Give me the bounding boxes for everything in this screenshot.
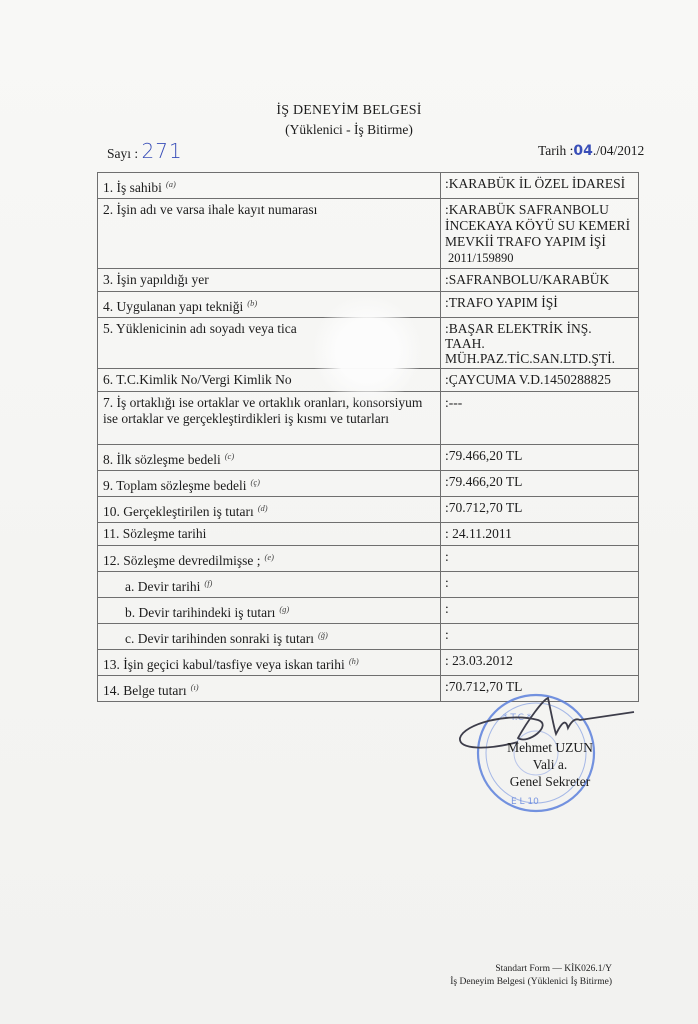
footer-form-code: Standart Form — KİK026.1/Y — [450, 963, 612, 976]
row-value: : — [445, 627, 633, 643]
footnote-marker: (c) — [225, 451, 234, 461]
experience-table: 1. İş sahibi(a):KARABÜK İL ÖZEL İDARESİ2… — [97, 172, 639, 702]
footnote-marker: (b) — [247, 298, 257, 308]
row-value-cell: : — [441, 624, 639, 650]
row-value-cell: :70.712,70 TL — [441, 497, 639, 523]
footnote-marker: (e) — [264, 552, 273, 562]
row-label-cell: 3. İşin yapıldığı yer — [98, 269, 441, 292]
tarih-label: Tarih : — [538, 143, 573, 158]
correction-smudge — [312, 296, 422, 406]
row-label: 12. Sözleşme devredilmişse ; — [103, 553, 260, 568]
row-label-cell: 9. Toplam sözleşme bedeli(ç) — [98, 471, 441, 497]
table-row: c. Devir tarihinden sonraki iş tutarı(ğ)… — [98, 624, 639, 650]
row-label-cell: 14. Belge tutarı(ı) — [98, 676, 441, 702]
row-value-cell: : 23.03.2012 — [441, 650, 639, 676]
row-value: : — [445, 549, 633, 565]
tarih-rest: ./04/2012 — [593, 143, 644, 158]
row-label: 5. Yüklenicinin adı soyadı veya tica — [103, 321, 297, 336]
table-row: 8. İlk sözleşme bedeli(c):79.466,20 TL — [98, 445, 639, 471]
row-value-cell: :BAŞAR ELEKTRİK İNŞ. TAAH. MÜH.PAZ.TİC.S… — [441, 318, 639, 369]
table-row: b. Devir tarihindeki iş tutarı(g): — [98, 598, 639, 624]
row-label-cell: a. Devir tarihi(f) — [98, 572, 441, 598]
document-page: İŞ DENEYİM BELGESİ (Yüklenici - İş Bitir… — [0, 0, 698, 1024]
row-value: : 24.11.2011 — [445, 526, 633, 542]
row-value: :KARABÜK İL ÖZEL İDARESİ — [445, 176, 633, 192]
footnote-marker: (ç) — [251, 477, 260, 487]
row-label-cell: 8. İlk sözleşme bedeli(c) — [98, 445, 441, 471]
row-label: 6. T.C.Kimlik No/Vergi Kimlik No — [103, 372, 292, 387]
row-value-cell: :TRAFO YAPIM İŞİ — [441, 292, 639, 318]
row-value: : 23.03.2012 — [445, 653, 633, 669]
footnote-marker: (ğ) — [318, 630, 328, 640]
footnote-marker: (d) — [258, 503, 268, 513]
row-label-cell: 13. İşin geçici kabul/tasfiye veya iskan… — [98, 650, 441, 676]
form-footer: Standart Form — KİK026.1/Y İş Deneyim Be… — [450, 963, 612, 989]
row-label: 3. İşin yapıldığı yer — [103, 272, 209, 287]
row-value-cell: :ÇAYCUMA V.D.1450288825 — [441, 369, 639, 392]
signatory-title-2: Genel Sekreter — [490, 773, 610, 790]
table-row: 2. İşin adı ve varsa ihale kayıt numaras… — [98, 199, 639, 269]
footer-form-name: İş Deneyim Belgesi (Yüklenici İş Bitirme… — [450, 976, 612, 989]
footnote-marker: (f) — [204, 578, 212, 588]
row-value: :SAFRANBOLU/KARABÜK — [445, 272, 633, 288]
sayi-field: Sayı : 271 — [107, 139, 183, 163]
table-row: 3. İşin yapıldığı yer:SAFRANBOLU/KARABÜK — [98, 269, 639, 292]
row-label-cell: b. Devir tarihindeki iş tutarı(g) — [98, 598, 441, 624]
row-value: :70.712,70 TL — [445, 500, 633, 516]
row-value: :BAŞAR ELEKTRİK İNŞ. TAAH. MÜH.PAZ.TİC.S… — [445, 321, 633, 366]
row-value-cell: :--- — [441, 392, 639, 445]
row-label: 4. Uygulanan yapı tekniği — [103, 299, 243, 314]
table-row: a. Devir tarihi(f): — [98, 572, 639, 598]
row-value-cell: :KARABÜK SAFRANBOLU İNCEKAYA KÖYÜ SU KEM… — [441, 199, 639, 269]
row-value: : — [445, 575, 633, 591]
row-label: 11. Sözleşme tarihi — [103, 526, 206, 541]
row-value-cell: :SAFRANBOLU/KARABÜK — [441, 269, 639, 292]
row-value: :TRAFO YAPIM İŞİ — [445, 295, 633, 311]
row-label: b. Devir tarihindeki iş tutarı — [125, 605, 275, 620]
row-label-cell: c. Devir tarihinden sonraki iş tutarı(ğ) — [98, 624, 441, 650]
row-label: 9. Toplam sözleşme bedeli — [103, 478, 247, 493]
table-row: 13. İşin geçici kabul/tasfiye veya iskan… — [98, 650, 639, 676]
row-label: 14. Belge tutarı — [103, 683, 187, 698]
row-label-cell: 12. Sözleşme devredilmişse ;(e) — [98, 546, 441, 572]
signatory-name: Mehmet UZUN — [490, 739, 610, 756]
row-value-cell: : — [441, 546, 639, 572]
footnote-marker: (g) — [279, 604, 289, 614]
row-label: 8. İlk sözleşme bedeli — [103, 452, 221, 467]
svg-text:E L 10: E L 10 — [511, 797, 539, 807]
row-value-cell: :79.466,20 TL — [441, 471, 639, 497]
tarih-field: Tarih :04./04/2012 — [538, 143, 644, 159]
row-value: : — [445, 601, 633, 617]
document-subtitle: (Yüklenici - İş Bitirme) — [0, 122, 698, 138]
row-label: 2. İşin adı ve varsa ihale kayıt numaras… — [103, 202, 317, 217]
row-label: c. Devir tarihinden sonraki iş tutarı — [125, 631, 314, 646]
table-row: 1. İş sahibi(a):KARABÜK İL ÖZEL İDARESİ — [98, 173, 639, 199]
row-label: 1. İş sahibi — [103, 180, 162, 195]
table-row: 10. Gerçekleştirilen iş tutarı(d):70.712… — [98, 497, 639, 523]
row-value-secondary: 2011/159890 — [445, 250, 633, 266]
row-value-cell: :79.466,20 TL — [441, 445, 639, 471]
row-value-cell: :KARABÜK İL ÖZEL İDARESİ — [441, 173, 639, 199]
footnote-marker: (h) — [349, 656, 359, 666]
row-label: a. Devir tarihi — [125, 579, 200, 594]
row-value: :79.466,20 TL — [445, 448, 633, 464]
sayi-value-handwritten: 271 — [142, 139, 183, 163]
row-value: :KARABÜK SAFRANBOLU İNCEKAYA KÖYÜ SU KEM… — [445, 202, 633, 250]
row-label-cell: 2. İşin adı ve varsa ihale kayıt numaras… — [98, 199, 441, 269]
table-row: 11. Sözleşme tarihi: 24.11.2011 — [98, 523, 639, 546]
signatory-title-1: Vali a. — [490, 756, 610, 773]
row-value-cell: : — [441, 572, 639, 598]
row-label: 13. İşin geçici kabul/tasfiye veya iskan… — [103, 657, 345, 672]
table-row: 12. Sözleşme devredilmişse ;(e): — [98, 546, 639, 572]
row-value: :--- — [445, 395, 633, 411]
document-title: İŞ DENEYİM BELGESİ — [0, 103, 698, 119]
table-row: 9. Toplam sözleşme bedeli(ç):79.466,20 T… — [98, 471, 639, 497]
row-label-cell: 10. Gerçekleştirilen iş tutarı(d) — [98, 497, 441, 523]
row-value-cell: : — [441, 598, 639, 624]
row-value: :79.466,20 TL — [445, 474, 633, 490]
row-value: :ÇAYCUMA V.D.1450288825 — [445, 372, 633, 388]
sayi-label: Sayı : — [107, 146, 138, 161]
footnote-marker: (a) — [166, 179, 176, 189]
tarih-day-handwritten: 04 — [573, 143, 592, 159]
row-label-cell: 1. İş sahibi(a) — [98, 173, 441, 199]
row-label: 10. Gerçekleştirilen iş tutarı — [103, 504, 254, 519]
row-label-cell: 11. Sözleşme tarihi — [98, 523, 441, 546]
signatory-block: Mehmet UZUN Vali a. Genel Sekreter — [490, 739, 610, 790]
row-value-cell: : 24.11.2011 — [441, 523, 639, 546]
footnote-marker: (ı) — [191, 682, 199, 692]
